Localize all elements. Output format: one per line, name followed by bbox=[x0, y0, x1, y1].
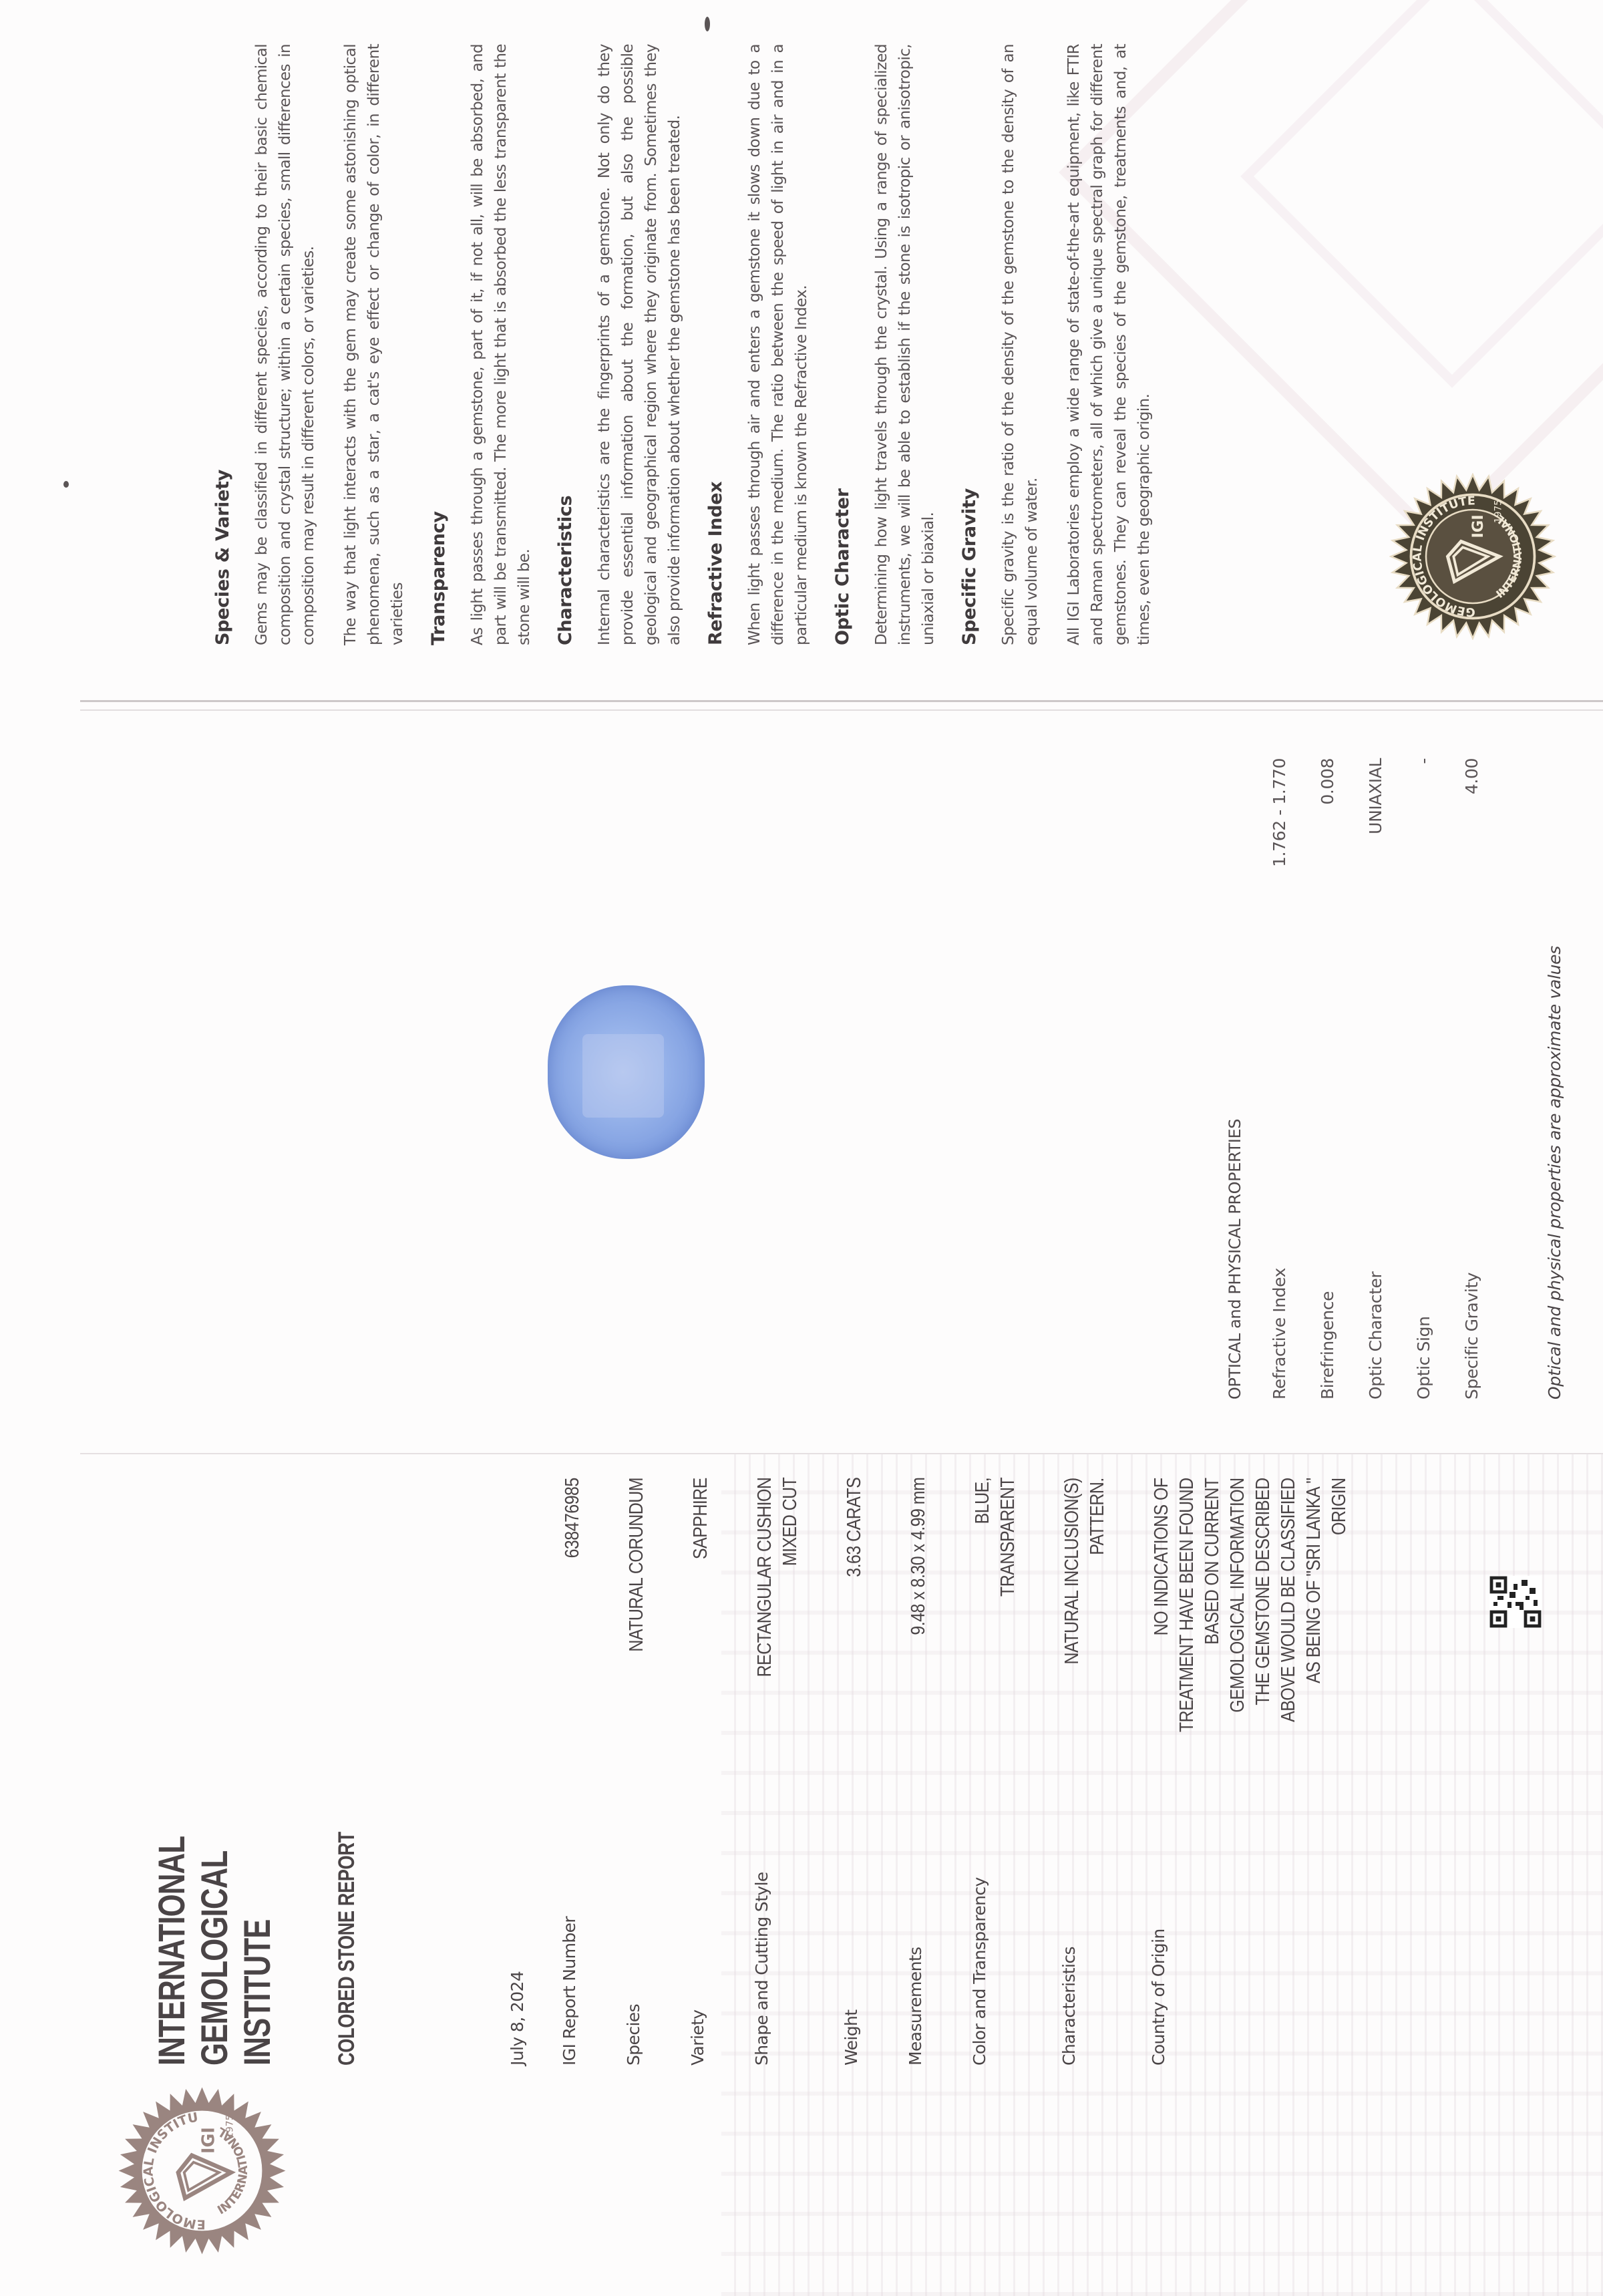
fold-crease bbox=[80, 700, 1603, 702]
report-field-row: Color and TransparencyBLUE, TRANSPARENT bbox=[970, 1478, 1021, 2066]
optical-note: Optical and physical properties are appr… bbox=[1545, 758, 1564, 1400]
info-sheet: Species & VarietyGems may be classified … bbox=[0, 0, 1603, 700]
report-field-value: RECTANGULAR CUSHION MIXED CUT bbox=[752, 1478, 803, 1677]
info-section-paragraph: Specific gravity is the ratio of the den… bbox=[997, 44, 1044, 645]
info-panel: Species & VarietyGems may be classified … bbox=[0, 0, 1603, 700]
optical-property-value: UNIAXIAL bbox=[1366, 758, 1385, 865]
optical-properties-table: Refractive Index1.762 - 1.770Birefringen… bbox=[1270, 758, 1510, 1400]
gemstone-photo bbox=[548, 985, 705, 1159]
optical-property-label: Birefringence bbox=[1318, 1291, 1337, 1400]
report-field-value: 3.63 CARATS bbox=[842, 1478, 867, 1577]
info-section: Species & VarietyGems may be classified … bbox=[212, 44, 409, 645]
institute-name-line: INSTITUTE bbox=[236, 1836, 279, 2066]
report-field-value: 9.48 x 8.30 x 4.99 mm bbox=[906, 1478, 931, 1635]
report-field-label: Weight bbox=[842, 2010, 862, 2066]
optical-property-row: Specific Gravity4.00 bbox=[1462, 758, 1510, 1400]
report-date-row: July 8, 2024 bbox=[508, 1478, 528, 2066]
optical-properties-title: OPTICAL and PHYSICAL PROPERTIES bbox=[1226, 758, 1244, 1400]
report-field-row: Country of OriginNO INDICATIONS OF TREAT… bbox=[1149, 1478, 1352, 2066]
optical-property-value: 1.762 - 1.770 bbox=[1270, 758, 1289, 867]
info-section-heading: Specific Gravity bbox=[959, 44, 980, 645]
optical-property-row: Refractive Index1.762 - 1.770 bbox=[1270, 758, 1318, 1400]
optical-panel: OPTICAL and PHYSICAL PROPERTIES Refracti… bbox=[0, 709, 1603, 1453]
institute-name: INTERNATIONAL GEMOLOGICAL INSTITUTE bbox=[150, 1836, 279, 2066]
report-field-label: IGI Report Number bbox=[560, 1917, 580, 2066]
report-field-label: Species bbox=[624, 2004, 644, 2066]
report-field-value: 638476985 bbox=[560, 1478, 585, 1558]
report-field-value: NATURAL INCLUSION(S) PATTERN. bbox=[1059, 1478, 1110, 1664]
institute-name-line: INTERNATIONAL bbox=[150, 1836, 193, 2066]
info-section: Specific GravitySpecific gravity is the … bbox=[959, 44, 1156, 645]
info-section-heading: Characteristics bbox=[555, 44, 576, 645]
info-section-heading: Species & Variety bbox=[212, 44, 233, 645]
info-sections: Species & VarietyGems may be classified … bbox=[212, 44, 1175, 645]
optical-property-label: Refractive Index bbox=[1270, 1268, 1289, 1400]
report-field-row: Weight3.63 CARATS bbox=[842, 1478, 867, 2066]
optical-properties: OPTICAL and PHYSICAL PROPERTIES Refracti… bbox=[1226, 758, 1564, 1400]
report-title: COLORED STONE REPORT bbox=[334, 1832, 360, 2066]
report-field-value: SAPPHIRE bbox=[688, 1478, 713, 1559]
report-panel: GEMOLOGICAL INSTITUTE INTERNATIONAL IGI … bbox=[0, 1454, 1603, 2296]
report-sheet: GEMOLOGICAL INSTITUTE INTERNATIONAL IGI … bbox=[0, 1454, 1603, 2296]
report-field-row: Measurements9.48 x 8.30 x 4.99 mm bbox=[906, 1478, 931, 2066]
optical-property-value: 4.00 bbox=[1462, 758, 1481, 865]
optical-property-row: Optic CharacterUNIAXIAL bbox=[1366, 758, 1414, 1400]
report-field-list: IGI Report Number638476985SpeciesNATURAL… bbox=[560, 1478, 1352, 2066]
report-fields: July 8, 2024 IGI Report Number638476985S… bbox=[508, 1478, 1391, 2066]
report-date: July 8, 2024 bbox=[508, 1971, 528, 2066]
report-field-label: Measurements bbox=[906, 1947, 926, 2066]
report-field-label: Country of Origin bbox=[1149, 1929, 1169, 2066]
report-field-row: IGI Report Number638476985 bbox=[560, 1478, 585, 2066]
report-field-row: SpeciesNATURAL CORUNDUM bbox=[624, 1478, 649, 2066]
svg-text:1975: 1975 bbox=[1493, 500, 1504, 523]
optical-property-label: Optic Character bbox=[1366, 1272, 1385, 1400]
optical-sheet: OPTICAL and PHYSICAL PROPERTIES Refracti… bbox=[0, 709, 1603, 1453]
info-section-paragraph: When light passes through air and enters… bbox=[743, 44, 814, 645]
optical-property-row: Birefringence0.008 bbox=[1318, 758, 1366, 1400]
info-section-paragraph: All IGI Laboratories employ a wide range… bbox=[1063, 44, 1156, 645]
institute-name-line: GEMOLOGICAL bbox=[193, 1836, 236, 2066]
report-field-value: NATURAL CORUNDUM bbox=[624, 1478, 649, 1652]
report-field-label: Characteristics bbox=[1059, 1947, 1079, 2066]
svg-text:IGI: IGI bbox=[198, 2127, 218, 2154]
report-field-value: NO INDICATIONS OF TREATMENT HAVE BEEN FO… bbox=[1149, 1478, 1352, 1732]
svg-text:1975: 1975 bbox=[224, 2114, 235, 2138]
report-field-label: Shape and Cutting Style bbox=[752, 1872, 772, 2066]
report-field-row: CharacteristicsNATURAL INCLUSION(S) PATT… bbox=[1059, 1478, 1110, 2066]
info-section-heading: Transparency bbox=[428, 44, 449, 645]
info-section-heading: Refractive Index bbox=[705, 44, 726, 645]
optical-property-value: - bbox=[1414, 758, 1433, 865]
info-section: Optic CharacterDetermining how light tra… bbox=[832, 44, 940, 645]
info-section-paragraph: Internal characteristics are the fingerp… bbox=[593, 44, 687, 645]
svg-text:IGI: IGI bbox=[1469, 514, 1487, 538]
report-field-label: Color and Transparency bbox=[970, 1877, 990, 2066]
info-section: TransparencyAs light passes through a ge… bbox=[428, 44, 536, 645]
info-section-paragraph: As light passes through a gemstone, part… bbox=[466, 44, 536, 645]
info-section-heading: Optic Character bbox=[832, 44, 853, 645]
info-section-paragraph: The way that light interacts with the ge… bbox=[339, 44, 409, 645]
optical-property-value: 0.008 bbox=[1318, 758, 1337, 865]
optical-property-label: Optic Sign bbox=[1414, 1316, 1433, 1400]
report-field-row: VarietySAPPHIRE bbox=[688, 1478, 713, 2066]
igi-gold-seal-icon: GEMOLOGICAL INSTITUTE INTERNATIONAL IGI … bbox=[1389, 473, 1556, 640]
info-section-paragraph: Determining how light travels through th… bbox=[870, 44, 940, 645]
report-field-label: Variety bbox=[688, 2010, 708, 2066]
info-section: CharacteristicsInternal characteristics … bbox=[555, 44, 687, 645]
optical-property-label: Specific Gravity bbox=[1462, 1273, 1481, 1400]
info-section: Refractive IndexWhen light passes throug… bbox=[705, 44, 814, 645]
igi-logo-seal-icon: GEMOLOGICAL INSTITUTE INTERNATIONAL IGI … bbox=[117, 2086, 287, 2256]
optical-property-row: Optic Sign- bbox=[1414, 758, 1462, 1400]
qr-code-icon[interactable] bbox=[1489, 1576, 1542, 1628]
info-section-paragraph: Gems may be classified in different spec… bbox=[250, 44, 321, 645]
report-field-value: BLUE, TRANSPARENT bbox=[970, 1478, 1021, 1597]
report-field-row: Shape and Cutting StyleRECTANGULAR CUSHI… bbox=[752, 1478, 803, 2066]
